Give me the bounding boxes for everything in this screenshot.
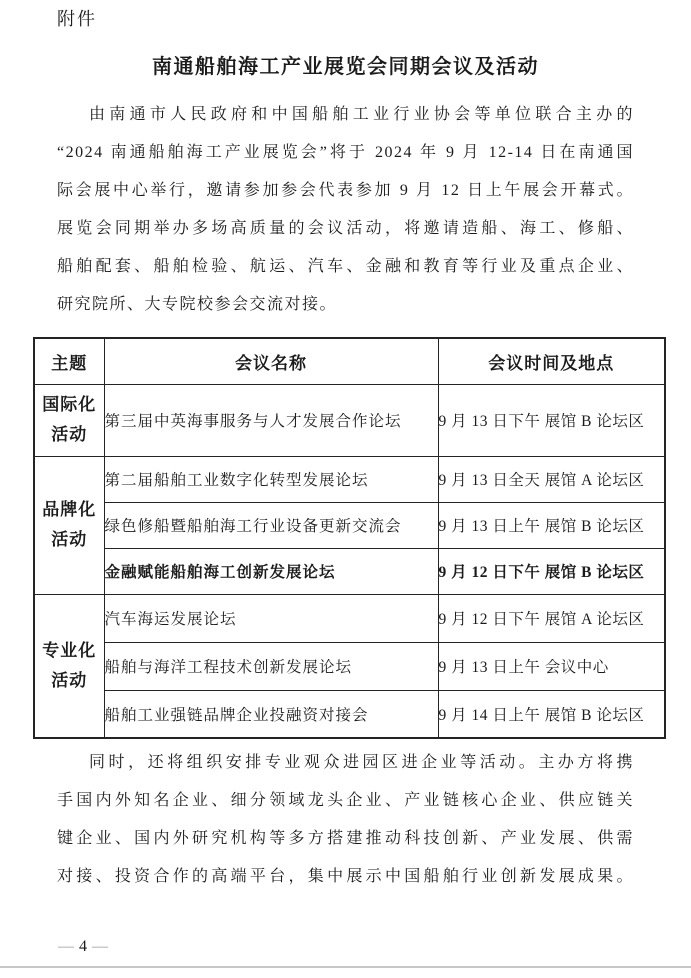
table-row: 国际化 活动 第三届中英海事服务与人才发展合作论坛 9 月 13 日下午 展馆 … — [34, 384, 665, 456]
meeting-name-cell: 绿色修船暨船舶海工行业设备更新交流会 — [104, 502, 438, 548]
theme-cell-professional: 专业化 活动 — [34, 594, 104, 738]
document-page: 附件 南通船舶海工产业展览会同期会议及活动 由南通市人民政府和中国船舶工业行业协… — [0, 0, 691, 978]
intro-paragraph: 由南通市人民政府和中国船舶工业行业协会等单位联合主办的 “2024 南通船舶海工… — [57, 96, 634, 324]
scan-edge-line — [0, 966, 691, 968]
meeting-name-cell: 船舶与海洋工程技术创新发展论坛 — [104, 642, 438, 690]
page-number-right-dash: — — [92, 938, 109, 955]
meeting-time-cell: 9 月 13 日上午 展馆 B 论坛区 — [438, 502, 665, 548]
theme-cell-international: 国际化 活动 — [34, 384, 104, 456]
paragraph-line: 由南通市人民政府和中国船舶工业行业协会等单位联合主办的 — [57, 96, 634, 134]
paragraph-line: 展览会同期举办多场高质量的会议活动，将邀请造船、海工、修船、 — [57, 210, 634, 248]
table-row-emphasized: 金融赋能船舶海工创新发展论坛 9 月 12 日下午 展馆 B 论坛区 — [34, 548, 665, 594]
paragraph-line: 对接、投资合作的高端平台，集中展示中国船舶行业创新发展成果。 — [57, 858, 634, 896]
meeting-name-cell: 船舶工业强链品牌企业投融资对接会 — [104, 690, 438, 738]
paragraph-line: 船舶配套、船舶检验、航运、汽车、金融和教育等行业及重点企业、 — [57, 248, 634, 286]
page-title: 南通船舶海工产业展览会同期会议及活动 — [0, 50, 691, 79]
page-number-left-dash: — — [58, 938, 75, 955]
closing-paragraph: 同时，还将组织安排专业观众进园区进企业等活动。主办方将携 手国内外知名企业、细分… — [57, 744, 634, 896]
table-row: 专业化 活动 汽车海运发展论坛 9 月 12 日下午 展馆 A 论坛区 — [34, 594, 665, 642]
table-row: 品牌化 活动 第二届船舶工业数字化转型发展论坛 9 月 13 日全天 展馆 A … — [34, 456, 665, 502]
paragraph-line: “2024 南通船舶海工产业展览会”将于 2024 年 9 月 12-14 日在… — [57, 134, 634, 172]
header-meeting-name: 会议名称 — [104, 338, 438, 384]
page-number-value: 4 — [75, 938, 92, 955]
header-theme: 主题 — [34, 338, 104, 384]
meeting-time-cell: 9 月 14 日上午 展馆 B 论坛区 — [438, 690, 665, 738]
meeting-name-cell: 第二届船舶工业数字化转型发展论坛 — [104, 456, 438, 502]
table-row: 船舶与海洋工程技术创新发展论坛 9 月 13 日上午 会议中心 — [34, 642, 665, 690]
meeting-time-cell: 9 月 13 日全天 展馆 A 论坛区 — [438, 456, 665, 502]
meeting-name-cell: 第三届中英海事服务与人才发展合作论坛 — [104, 384, 438, 456]
meeting-time-cell: 9 月 12 日下午 展馆 A 论坛区 — [438, 594, 665, 642]
theme-cell-brand: 品牌化 活动 — [34, 456, 104, 594]
table-row: 绿色修船暨船舶海工行业设备更新交流会 9 月 13 日上午 展馆 B 论坛区 — [34, 502, 665, 548]
attachment-label: 附件 — [57, 5, 97, 31]
paragraph-line: 手国内外知名企业、细分领域龙头企业、产业链核心企业、供应链关 — [57, 782, 634, 820]
paragraph-line: 同时，还将组织安排专业观众进园区进企业等活动。主办方将携 — [57, 744, 634, 782]
table-header-row: 主题 会议名称 会议时间及地点 — [34, 338, 665, 384]
paragraph-line: 研究院所、大专院校参会交流对接。 — [57, 286, 634, 324]
page-number: —4— — [58, 938, 109, 956]
meeting-name-cell: 金融赋能船舶海工创新发展论坛 — [104, 548, 438, 594]
paragraph-line: 键企业、国内外研究机构等多方搭建推动科技创新、产业发展、供需 — [57, 820, 634, 858]
meeting-time-cell: 9 月 12 日下午 展馆 B 论坛区 — [438, 548, 665, 594]
meeting-time-cell: 9 月 13 日下午 展馆 B 论坛区 — [438, 384, 665, 456]
paragraph-line: 际会展中心举行，邀请参加参会代表参加 9 月 12 日上午展会开幕式。 — [57, 172, 634, 210]
meeting-name-cell: 汽车海运发展论坛 — [104, 594, 438, 642]
header-meeting-time: 会议时间及地点 — [438, 338, 665, 384]
table-row: 船舶工业强链品牌企业投融资对接会 9 月 14 日上午 展馆 B 论坛区 — [34, 690, 665, 738]
meeting-schedule-table: 主题 会议名称 会议时间及地点 国际化 活动 第三届中英海事服务与人才发展合作论… — [33, 337, 666, 739]
meeting-time-cell: 9 月 13 日上午 会议中心 — [438, 642, 665, 690]
